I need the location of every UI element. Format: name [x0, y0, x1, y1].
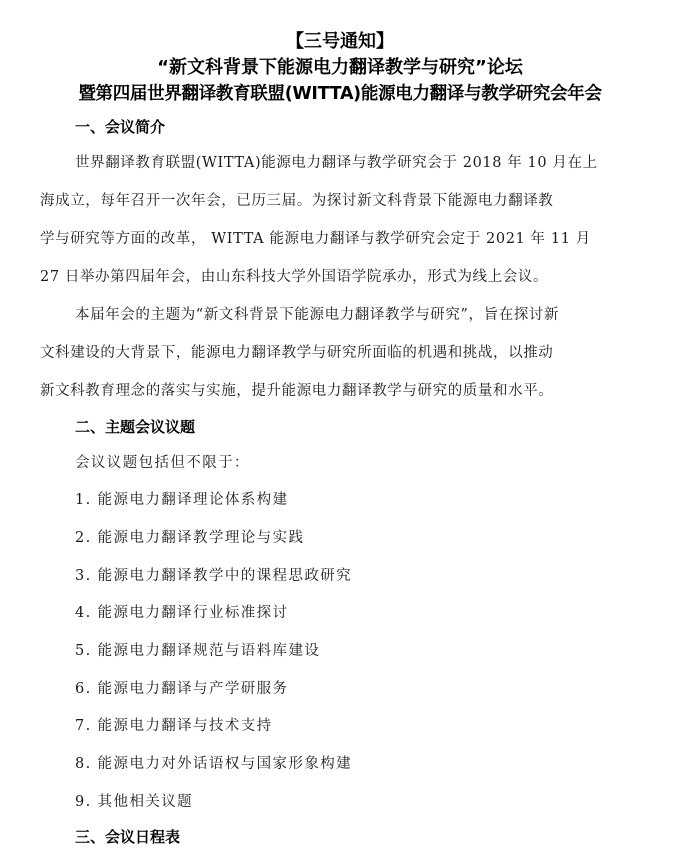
paragraph-line: 文科建设的大背景下，能源电力翻译教学与研究所面临的机遇和挑战，以推动 — [40, 343, 640, 363]
section-heading-topics: 二、主题会议议题 — [75, 417, 195, 437]
notice-title: 【三号通知】 — [0, 31, 680, 53]
paragraph-line: 27 日举办第四届年会，由山东科技大学外国语学院承办，形式为线上会议。 — [40, 267, 640, 287]
topic-item: 4. 能源电力翻译行业标准探讨 — [75, 603, 288, 623]
topic-item: 7. 能源电力翻译与技术支持 — [75, 716, 273, 736]
topic-item: 9. 其他相关议题 — [75, 792, 193, 812]
paragraph-line: 新文科教育理念的落实与实施，提升能源电力翻译教学与研究的质量和水平。 — [40, 381, 640, 401]
section-heading-schedule: 三、会议日程表 — [75, 827, 180, 847]
paragraph-line: 世界翻译教育联盟(WITTA)能源电力翻译与教学研究会于 2018 年 10 月… — [75, 153, 675, 173]
conference-title: 暨第四届世界翻译教育联盟(WITTA)能源电力翻译与教学研究会年会 — [0, 83, 680, 105]
topic-item: 5. 能源电力翻译规范与语料库建设 — [75, 641, 320, 661]
topic-item: 8. 能源电力对外话语权与国家形象构建 — [75, 754, 352, 774]
paragraph-line: 学与研究等方面的改革， WITTA 能源电力翻译与教学研究会定于 2021 年 … — [40, 229, 640, 249]
forum-title: “新文科背景下能源电力翻译教学与研究”论坛 — [0, 57, 680, 79]
topic-item: 6. 能源电力翻译与产学研服务 — [75, 679, 288, 699]
section-heading-intro: 一、会议简介 — [75, 117, 165, 137]
paragraph-line: 本届年会的主题为“新文科背景下能源电力翻译教学与研究”，旨在探讨新 — [75, 305, 675, 325]
topic-item: 3. 能源电力翻译教学中的课程思政研究 — [75, 566, 352, 586]
topic-item: 1. 能源电力翻译理论体系构建 — [75, 490, 288, 510]
paragraph-line: 海成立，每年召开一次年会，已历三届。为探讨新文科背景下能源电力翻译教 — [40, 191, 640, 211]
document-page: 【三号通知】 “新文科背景下能源电力翻译教学与研究”论坛 暨第四届世界翻译教育联… — [0, 0, 680, 852]
topics-intro: 会议议题包括但不限于： — [75, 453, 250, 473]
topic-item: 2. 能源电力翻译教学理论与实践 — [75, 528, 304, 548]
